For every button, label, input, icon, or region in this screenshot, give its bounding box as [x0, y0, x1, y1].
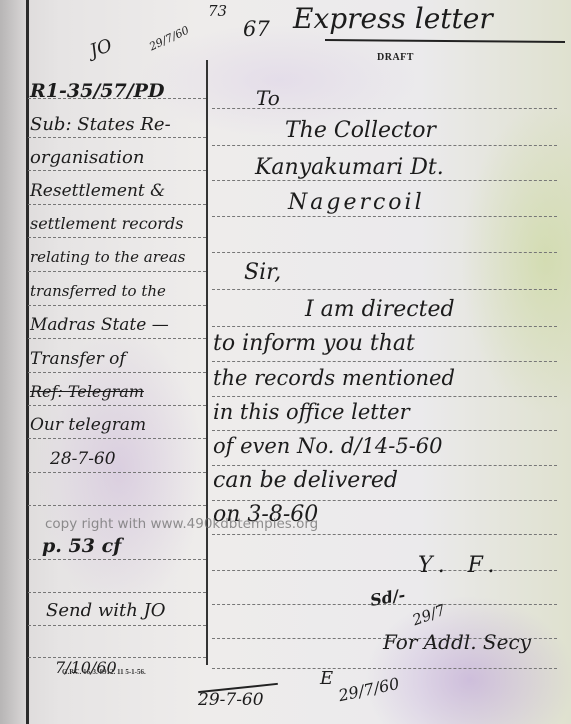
subject-line: Resettlement & — [30, 181, 165, 201]
ruled-line — [212, 430, 557, 431]
ruled-line — [212, 396, 557, 397]
ruled-line — [212, 289, 557, 290]
addressee-line: The Collector — [285, 118, 436, 143]
ruled-line — [28, 372, 206, 373]
ruled-line — [212, 534, 557, 535]
ruled-line — [28, 559, 206, 560]
ruled-line — [212, 326, 557, 327]
subject-line: organisation — [30, 147, 144, 168]
subject-line: transferred to the — [30, 282, 166, 300]
ruled-line — [28, 592, 206, 593]
footer-date: 29-7-60 — [198, 690, 264, 710]
ruled-line — [28, 405, 206, 406]
body-line: can be delivered — [213, 468, 398, 493]
ruled-line — [28, 170, 206, 171]
copyright-watermark: copy right with www.490kdbtemples.org — [45, 516, 318, 532]
initials-date: 29/7/60 — [147, 24, 191, 54]
addressee-line: Nagercoil — [288, 190, 425, 215]
ruled-line — [28, 438, 206, 439]
column-divider — [206, 60, 208, 665]
ruled-line — [212, 500, 557, 501]
ruled-line — [28, 271, 206, 272]
signature-initials: Sd/- — [369, 585, 407, 610]
draft-stamp: DRAFT — [377, 52, 414, 63]
subject-line: relating to the areas — [30, 248, 185, 266]
margin-line — [26, 0, 29, 724]
subject-line: Madras State — — [30, 315, 169, 335]
dispatch-note: Send with JO — [46, 600, 166, 621]
top-number: 73 — [208, 2, 227, 20]
ruled-line — [212, 465, 557, 466]
body-line: in this office letter — [213, 400, 410, 424]
ruled-line — [212, 570, 557, 571]
page-number: 67 — [243, 17, 270, 41]
body-line: I am directed — [305, 297, 455, 322]
subject-line: Sub: States Re- — [30, 114, 171, 135]
letter-title: Express letter — [293, 2, 493, 35]
printer-imprint: G.P.C. 16-3. 8912. 11 5-1-56. — [62, 668, 146, 676]
addressee-line: Kanyakumari Dt. — [255, 155, 444, 180]
initials-note: JO — [87, 35, 114, 62]
telegram-date: 28-7-60 — [50, 449, 116, 469]
ruled-line — [28, 137, 206, 138]
ruled-line — [28, 305, 206, 306]
signature-title: For Addl. Secy — [383, 630, 531, 654]
title-underline — [325, 39, 565, 43]
body-line: of even No. d/14-5-60 — [213, 434, 443, 458]
ruled-line — [28, 625, 206, 626]
salutation: Sir, — [244, 260, 281, 285]
body-line: to inform you that — [213, 331, 415, 356]
ruled-line — [28, 237, 206, 238]
approval-mark: E — [320, 668, 333, 689]
subject-line-ref: Ref: Telegram — [30, 382, 144, 401]
ruled-line — [212, 145, 557, 146]
subject-line: Transfer of — [30, 349, 126, 369]
to-label: To — [256, 86, 280, 110]
ruled-line — [212, 216, 557, 217]
ruled-line — [212, 252, 557, 253]
subject-line: settlement records — [30, 214, 183, 233]
closing: Y. F. — [418, 553, 503, 578]
document-page: JO 29/7/60 73 67 Express letter DRAFT R1… — [0, 0, 571, 724]
ruled-line — [28, 338, 206, 339]
ruled-line — [212, 180, 557, 181]
ruled-line — [28, 472, 206, 473]
page-reference: p. 53 cf — [42, 535, 121, 557]
ruled-line — [212, 361, 557, 362]
ruled-line — [28, 204, 206, 205]
subject-line: Our telegram — [30, 415, 146, 435]
ruled-line — [212, 668, 557, 669]
signature-date: 29/7 — [410, 601, 448, 629]
body-line: the records mentioned — [213, 366, 455, 390]
ruled-line — [28, 505, 206, 506]
reference-number: R1-35/57/PD — [30, 80, 164, 102]
approval-date: 29/7/60 — [337, 674, 401, 705]
struck-telegram-ref: Ref: Telegram — [30, 382, 144, 401]
